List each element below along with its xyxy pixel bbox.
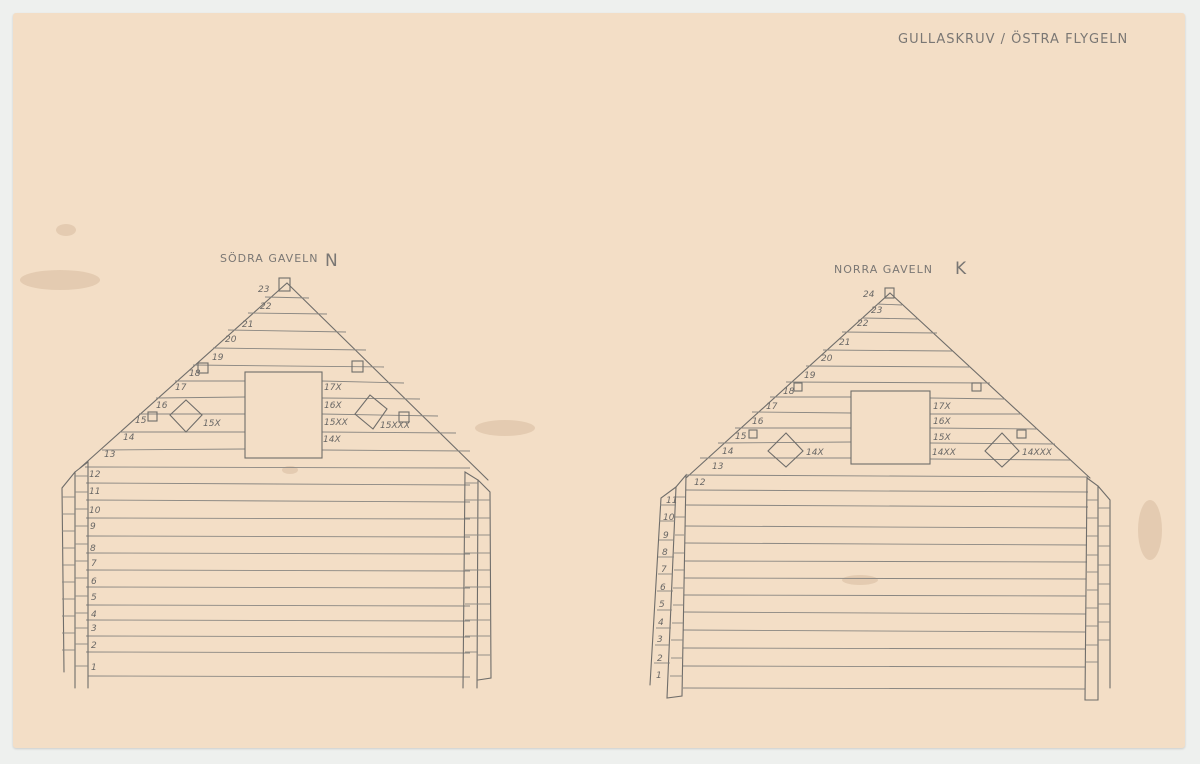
svg-text:21: 21 <box>839 338 850 348</box>
svg-text:15X: 15X <box>933 433 951 443</box>
gable-title: NORRA GAVELN <box>834 263 933 276</box>
svg-text:1: 1 <box>656 671 662 681</box>
svg-text:15XX: 15XX <box>324 418 349 428</box>
svg-text:8: 8 <box>90 544 96 554</box>
svg-text:21: 21 <box>242 320 253 330</box>
gable-title: SÖDRA GAVELN <box>220 252 319 265</box>
svg-text:18: 18 <box>189 369 201 379</box>
svg-text:20: 20 <box>821 354 833 364</box>
diamond-opening <box>170 400 202 432</box>
diamond-opening <box>985 433 1019 467</box>
svg-text:7: 7 <box>91 559 97 569</box>
svg-text:14XXX: 14XXX <box>1022 448 1053 458</box>
svg-text:22: 22 <box>857 319 869 329</box>
gable-labels-right: 17X 16X 15X 14XX 14X 14XXX <box>806 402 1053 458</box>
elevation-drawing: GULLASKRUV / ÖSTRA FLYGELN SÖDRA GAVELN … <box>0 0 1200 764</box>
svg-text:10: 10 <box>663 513 675 523</box>
gable-window <box>851 391 930 464</box>
svg-text:15: 15 <box>735 432 747 442</box>
small-opening <box>749 430 757 438</box>
gable-sodra: SÖDRA GAVELN N <box>62 251 491 688</box>
svg-text:6: 6 <box>91 577 97 587</box>
svg-text:15XXX: 15XXX <box>380 421 411 431</box>
small-opening <box>794 383 802 391</box>
svg-text:13: 13 <box>712 462 724 472</box>
svg-text:9: 9 <box>663 531 669 541</box>
svg-text:2: 2 <box>657 654 663 664</box>
svg-text:4: 4 <box>658 618 664 628</box>
svg-text:17: 17 <box>766 402 778 412</box>
svg-text:3: 3 <box>91 624 97 634</box>
svg-text:1: 1 <box>91 663 97 673</box>
svg-text:14XX: 14XX <box>932 448 957 458</box>
svg-text:23: 23 <box>258 285 270 295</box>
gable-window <box>245 372 322 458</box>
svg-text:20: 20 <box>225 335 237 345</box>
svg-text:23: 23 <box>871 306 883 316</box>
svg-text:11: 11 <box>666 496 677 506</box>
svg-text:15X: 15X <box>203 419 221 429</box>
wall-log-lines <box>683 475 1088 689</box>
svg-text:10: 10 <box>89 506 101 516</box>
gable-mark: N <box>325 251 339 271</box>
svg-text:3: 3 <box>657 635 663 645</box>
svg-text:11: 11 <box>89 487 100 497</box>
svg-text:13: 13 <box>104 450 116 460</box>
svg-text:18: 18 <box>783 387 795 397</box>
svg-text:16X: 16X <box>933 417 951 427</box>
svg-text:6: 6 <box>660 583 666 593</box>
svg-text:14X: 14X <box>323 435 341 445</box>
svg-text:16: 16 <box>752 417 764 427</box>
svg-text:19: 19 <box>212 353 224 363</box>
svg-text:7: 7 <box>661 565 667 575</box>
svg-text:12: 12 <box>89 470 101 480</box>
gable-log-lines <box>700 304 1070 460</box>
svg-text:2: 2 <box>91 641 97 651</box>
svg-text:16: 16 <box>156 401 168 411</box>
wall-log-lines <box>85 467 470 677</box>
svg-text:17: 17 <box>175 383 187 393</box>
svg-text:24: 24 <box>863 290 875 300</box>
diamond-opening <box>768 433 803 467</box>
svg-text:15: 15 <box>135 416 147 426</box>
gable-mark: K <box>955 259 967 279</box>
svg-text:22: 22 <box>260 302 272 312</box>
svg-text:5: 5 <box>91 593 97 603</box>
gable-norra: NORRA GAVELN K <box>650 259 1110 700</box>
svg-text:8: 8 <box>662 548 668 558</box>
svg-text:4: 4 <box>91 610 97 620</box>
svg-text:12: 12 <box>694 478 706 488</box>
svg-text:14X: 14X <box>806 448 824 458</box>
svg-text:17X: 17X <box>933 402 951 412</box>
small-opening <box>972 383 981 391</box>
small-opening <box>1017 430 1026 438</box>
svg-text:16X: 16X <box>324 401 342 411</box>
small-opening <box>148 412 157 421</box>
svg-text:17X: 17X <box>324 383 342 393</box>
svg-text:5: 5 <box>659 600 665 610</box>
corner-posts <box>62 462 491 688</box>
sheet-header: GULLASKRUV / ÖSTRA FLYGELN <box>898 30 1128 47</box>
svg-text:14: 14 <box>123 433 135 443</box>
svg-text:14: 14 <box>722 447 734 457</box>
gable-log-lines <box>102 297 470 451</box>
wall-labels: 1 2 3 4 5 6 7 8 9 10 11 12 <box>656 478 706 681</box>
svg-text:9: 9 <box>90 522 96 532</box>
svg-text:19: 19 <box>804 371 816 381</box>
